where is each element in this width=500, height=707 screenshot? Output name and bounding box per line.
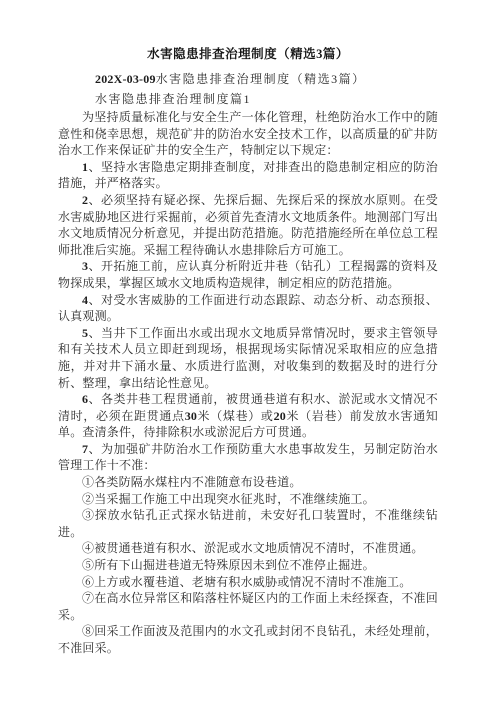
paragraph-text: 、必须坚持有疑必探、先探后掘、先探后采的探放水原则。在受水害威胁地区进行采掘前，… xyxy=(58,193,438,257)
paragraph-text: ③探放水钻孔正式探水钻进前，未安好孔口装置时，不准继续钻进。 xyxy=(58,508,438,539)
meta-subtitle: 水害隐患排查治理制度（精选3篇） xyxy=(156,72,366,86)
paragraph-text: ⑧回采工作面波及范围内的水文孔或封闭不良钻孔，未经处理前，不准回采。 xyxy=(58,624,438,655)
date-text: 202X-03-09 xyxy=(95,72,156,86)
paragraph-text: 、对受水害威胁的工作面进行动态跟踪、动态分析、动态预报、认真观测。 xyxy=(58,293,438,324)
paragraph-text: ①各类防隔水煤柱内不准随意布设巷道。 xyxy=(82,475,302,489)
paragraph-text: 为坚持质量标准化与安全生产一体化管理，杜绝防治水工作中的随意性和侥幸思想，规范矿… xyxy=(58,110,438,157)
document-title: 水害隐患排查治理制度（精选3篇） xyxy=(58,45,438,63)
paragraph: 1、坚持水害隐患定期排查制度，对排查出的隐患制定相应的防治措施，并严格落实。 xyxy=(58,159,438,192)
paragraph-text: ⑦在高水位异常区和陷落柱怀疑区内的工作面上未经探查，不准回采。 xyxy=(58,591,438,622)
paragraph-text: 、当井下工作面出水或出现水文地质异常情况时，要求主管领导和有关技术人员立即赶到现… xyxy=(58,326,438,390)
paragraph-text: 、为加强矿井防治水工作预防重大水患事故发生，另制定防治水管理工作十不准： xyxy=(58,442,438,473)
paragraph: 7、为加强矿井防治水工作预防重大水患事故发生，另制定防治水管理工作十不准： xyxy=(58,441,438,474)
document-page: 水害隐患排查治理制度（精选3篇） 202X-03-09水害隐患排查治理制度（精选… xyxy=(0,0,500,707)
paragraph-bold-text: 30 xyxy=(185,409,197,423)
paragraph-text: 米（煤巷）或 xyxy=(197,409,273,423)
paragraph: 2、必须坚持有疑必探、先探后掘、先探后采的探放水原则。在受水害威胁地区进行采掘前… xyxy=(58,192,438,258)
paragraph: 4、对受水害威胁的工作面进行动态跟踪、动态分析、动态预报、认真观测。 xyxy=(58,292,438,325)
paragraph: ⑧回采工作面波及范围内的水文孔或封闭不良钻孔，未经处理前，不准回采。 xyxy=(58,623,438,656)
paragraph-text: 、开拓施工前，应认真分析附近井巷（钻孔）工程揭露的资料及物探成果，掌握区域水文地… xyxy=(58,259,438,290)
paragraph: ⑦在高水位异常区和陷落柱怀疑区内的工作面上未经探查，不准回采。 xyxy=(58,590,438,623)
paragraph-text: 、坚持水害隐患定期排查制度，对排查出的隐患制定相应的防治措施，并严格落实。 xyxy=(58,160,438,191)
paragraph-text: ⑥上方或水覆巷道、老塘有积水威胁或情况不清时不准施工。 xyxy=(82,575,411,589)
paragraph: 5、当井下工作面出水或出现水文地质异常情况时，要求主管领导和有关技术人员立即赶到… xyxy=(58,325,438,391)
paragraph: ④被贯通巷道有积水、淤泥或水文地质情况不清时，不准贯通。 xyxy=(58,540,438,557)
paragraph-bold-text: 20 xyxy=(274,409,286,423)
paragraph-text: ⑤所有下山掘进巷道无特殊原因未到位不准停止掘进。 xyxy=(82,558,375,572)
section-heading: 水害隐患排查治理制度篇1 xyxy=(58,89,438,109)
paragraph-text: ④被贯通巷道有积水、淤泥或水文地质情况不清时，不准贯通。 xyxy=(82,541,424,555)
paragraph: 6、各类井巷工程贯通前，被贯通巷道有积水、淤泥或水文情况不清时，必须在距贯通点3… xyxy=(58,391,438,441)
paragraph: ⑤所有下山掘进巷道无特殊原因未到位不准停止掘进。 xyxy=(58,557,438,574)
paragraph-list: 为坚持质量标准化与安全生产一体化管理，杜绝防治水工作中的随意性和侥幸思想，规范矿… xyxy=(58,109,438,657)
paragraph: 3、开拓施工前，应认真分析附近井巷（钻孔）工程揭露的资料及物探成果，掌握区域水文… xyxy=(58,258,438,291)
paragraph-text: ②当采掘工作施工中出现突水征兆时，不准继续施工。 xyxy=(82,492,375,506)
paragraph: ①各类防隔水煤柱内不准随意布设巷道。 xyxy=(58,474,438,491)
paragraph: ②当采掘工作施工中出现突水征兆时，不准继续施工。 xyxy=(58,491,438,508)
meta-line: 202X-03-09水害隐患排查治理制度（精选3篇） xyxy=(58,69,438,89)
paragraph: ③探放水钻孔正式探水钻进前，未安好孔口装置时，不准继续钻进。 xyxy=(58,507,438,540)
paragraph: 为坚持质量标准化与安全生产一体化管理，杜绝防治水工作中的随意性和侥幸思想，规范矿… xyxy=(58,109,438,159)
paragraph: ⑥上方或水覆巷道、老塘有积水威胁或情况不清时不准施工。 xyxy=(58,574,438,591)
